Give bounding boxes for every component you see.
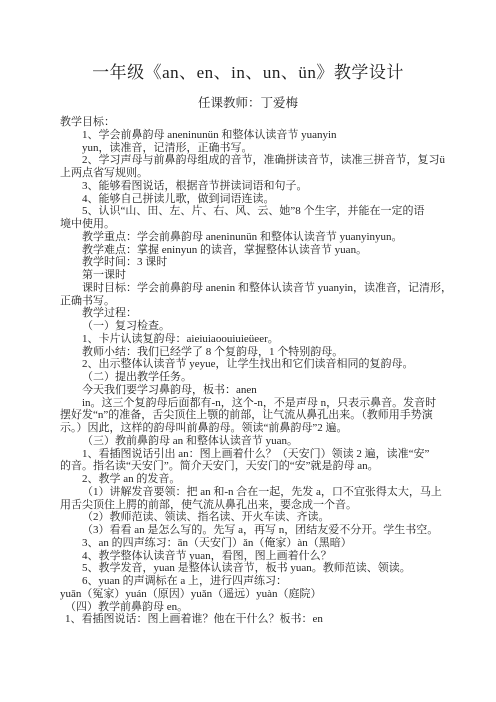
text-line: 4、能够自己拼读儿歌，做到词语连读。: [60, 193, 438, 206]
text-line: 教学过程：: [60, 307, 438, 320]
text-line: 教学重点：学会前鼻韵母 aneninunün 和整体认读音节 yuanyinyu…: [60, 231, 438, 244]
text-line: 2、教学 an 的发音。: [60, 473, 438, 486]
text-line: 1、看插图说话：图上画着谁？他在干什么？板书：en: [60, 613, 438, 626]
text-line: 2、出示整体认读音节 yeyue，让学生找出和它们读音相同的复韵母。: [60, 358, 438, 371]
text-line: （四）教学前鼻韵母 en。: [60, 601, 438, 614]
document-body: 教学目标：1、学会前鼻韵母 aneninunün 和整体认读音节 yuanyin…: [60, 116, 438, 626]
text-line: 2、学习声母与前鼻韵母组成的音节，准确拼读音节，读准三拼音节，复习ü: [60, 154, 438, 167]
text-line: 1、学会前鼻韵母 aneninunün 和整体认读音节 yuanyin: [60, 129, 438, 142]
text-line: 6、yuan 的声调标在 a 上，进行四声练习：: [60, 575, 438, 588]
document-title: 一年级《an、en、in、un、ün》教学设计: [0, 0, 496, 85]
text-line: 1、看插图说话引出 an：图上画着什么？（天安门）领读 2 遍，读准“安”: [60, 448, 438, 461]
text-line: 5、教学发音，yuan 是整体认读音节，板书 yuan。教师范读、领读。: [60, 562, 438, 575]
text-line: 5、认识“山、田、左、片、右、风、云、她”8 个生字，并能在一定的语: [60, 205, 438, 218]
text-line: 3、能够看图说话，根据音节拼读词语和句子。: [60, 180, 438, 193]
text-line: （2）教师范读、领读、指名读、开火车读、齐读。: [60, 511, 438, 524]
text-line: 第一课时: [60, 269, 438, 282]
text-line: 的音。指名读“天安门”。简介天安门，天安门的“安”就是韵母 an。: [60, 460, 438, 473]
text-line: 教学目标：: [60, 116, 438, 129]
text-line: 用舌尖顶住上腭的前部，使气流从鼻孔出来，要念成一个音。: [60, 499, 438, 512]
text-line: （1）讲解发音要领：把 an 和-n 合在一起，先发 a，口不宜张得太大，马上: [60, 486, 438, 499]
document-page: 一年级《an、en、in、un、ün》教学设计 任课教师：丁爱梅 教学目标：1、…: [0, 0, 496, 702]
text-line: 正确书写。: [60, 295, 438, 308]
text-line: （三）教前鼻韵母 an 和整体认读音节 yuan。: [60, 435, 438, 448]
text-line: 4、教学整体认读音节 yuan，看图，图上画着什么？: [60, 550, 438, 563]
text-line: （3）看看 an 是怎么写的。先写 a，再写 n，团结友爱不分开。学生书空。: [60, 524, 438, 537]
text-line: in。这三个复韵母后面都有-n，这个-n，不是声母 n，只表示鼻音。发音时: [60, 397, 438, 410]
text-line: 课时目标：学会前鼻韵母 anenin 和整体认读音节 yuanyin，读准音，记…: [60, 282, 438, 295]
text-line: 3、an 的四声练习：ān（天安门）ǎn（俺家）àn（黑暗）: [60, 537, 438, 550]
text-line: yun，读准音，记清形，正确书写。: [60, 142, 438, 155]
teacher-line: 任课教师：丁爱梅: [0, 96, 496, 110]
text-line: 上两点省写规则。: [60, 167, 438, 180]
text-line: （二）提出教学任务。: [60, 371, 438, 384]
text-line: 境中使用。: [60, 218, 438, 231]
text-line: 教学难点：掌握 eninyun 的读音，掌握整体认读音节 yuan。: [60, 244, 438, 257]
text-line: 教学时间：3 课时: [60, 256, 438, 269]
text-line: 教师小结：我们已经学了 8 个复韵母，1 个特别韵母。: [60, 346, 438, 359]
text-line: 摆好发“n”的准备，舌尖顶住上颚的前部，让气流从鼻孔出来。（教师用手势演: [60, 409, 438, 422]
text-line: 1、卡片认读复韵母：aieiuiaoouiuieüeer。: [60, 333, 438, 346]
text-line: yuān（冤家）yuán（原因）yuǎn（遥远）yuàn（庭院）: [60, 588, 438, 601]
text-line: 今天我们要学习鼻韵母，板书：anen: [60, 384, 438, 397]
text-line: （一）复习检查。: [60, 320, 438, 333]
text-line: 示。）因此，这样的韵母叫前鼻韵母。领读“前鼻韵母”2 遍。: [60, 422, 438, 435]
